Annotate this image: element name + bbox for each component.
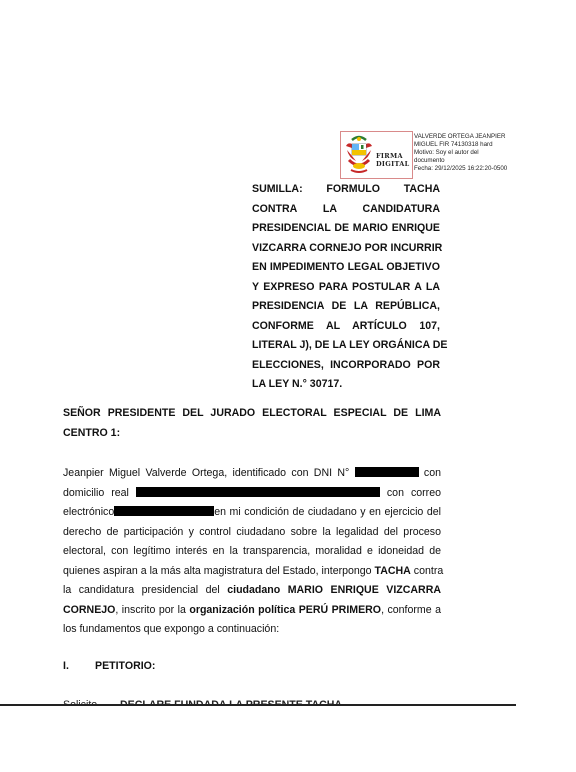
signature-reason: Motivo: Soy el autor del: [414, 149, 507, 157]
redacted-dni: [355, 467, 419, 477]
paragraph-line: Jeanpier Miguel Valverde Ortega, identif…: [63, 464, 441, 484]
section-number: I.: [63, 660, 95, 672]
page-boundary-line: [0, 704, 516, 706]
stamp-label-firma: FIRMA: [376, 152, 403, 160]
signer-id: MIGUEL FIR 74130318 hard: [414, 141, 507, 149]
sumilla-line: SUMILLA: FORMULO TACHA: [252, 180, 440, 200]
addressee: SEÑOR PRESIDENTE DEL JURADO ELECTORAL ES…: [63, 404, 441, 443]
redacted-email: [114, 506, 214, 516]
paragraph-line: la candidatura presidencial del ciudadan…: [63, 581, 441, 601]
paragraph-line: derecho de participación y control ciuda…: [63, 523, 441, 543]
addressee-line: CENTRO 1:: [63, 427, 120, 439]
digital-signature-stamp: FIRMA DIGITAL: [340, 131, 413, 179]
stamp-label-digital: DIGITAL: [376, 160, 409, 168]
sumilla-line: Y EXPRESO PARA POSTULAR A LA: [252, 278, 440, 298]
intro-paragraph: Jeanpier Miguel Valverde Ortega, identif…: [63, 464, 441, 640]
signature-reason-cont: documento: [414, 157, 507, 165]
sumilla-line: EN IMPEDIMENTO LEGAL OBJETIVO: [252, 258, 440, 278]
sumilla-line: PRESIDENCIAL DE MARIO ENRIQUE: [252, 219, 440, 239]
paragraph-line: quienes aspiran a la más alta magistratu…: [63, 562, 441, 582]
signature-details: VALVERDE ORTEGA JEANPIER MIGUEL FIR 7413…: [414, 133, 507, 173]
peru-coat-of-arms-icon: [344, 134, 374, 174]
sumilla-line: VIZCARRA CORNEJO POR INCURRIR: [252, 239, 440, 259]
sumilla-line: PRESIDENCIA DE LA REPÚBLICA,: [252, 297, 440, 317]
section-title: PETITORIO:: [95, 660, 155, 672]
paragraph-line: los fundamentos que expongo a continuaci…: [63, 620, 441, 640]
signature-date: Fecha: 29/12/2025 16:22:20-0500: [414, 165, 507, 173]
firma-digital-label: FIRMA DIGITAL: [376, 152, 409, 168]
signer-name: VALVERDE ORTEGA JEANPIER: [414, 133, 507, 141]
addressee-line: SEÑOR PRESIDENTE DEL JURADO ELECTORAL ES…: [63, 404, 441, 424]
section-heading-petitorio: I.PETITORIO:: [63, 660, 155, 672]
paragraph-line: electrónicoen mi condición de ciudadano …: [63, 503, 441, 523]
paragraph-line: electoral, con legítimo interés en la tr…: [63, 542, 441, 562]
sumilla-line: CONTRA LA CANDIDATURA: [252, 200, 440, 220]
sumilla-block: SUMILLA: FORMULO TACHA CONTRA LA CANDIDA…: [252, 180, 440, 395]
paragraph-line: CORNEJO, inscrito por la organización po…: [63, 601, 441, 621]
redacted-address: [136, 487, 380, 497]
sumilla-line: LITERAL J), DE LA LEY ORGÁNICA DE: [252, 336, 440, 356]
paragraph-line: domicilio real con correo: [63, 484, 441, 504]
sumilla-line: ELECCIONES, INCORPORADO POR: [252, 356, 440, 376]
sumilla-line: CONFORME AL ARTÍCULO 107,: [252, 317, 440, 337]
sumilla-line: LA LEY N.° 30717.: [252, 375, 440, 395]
